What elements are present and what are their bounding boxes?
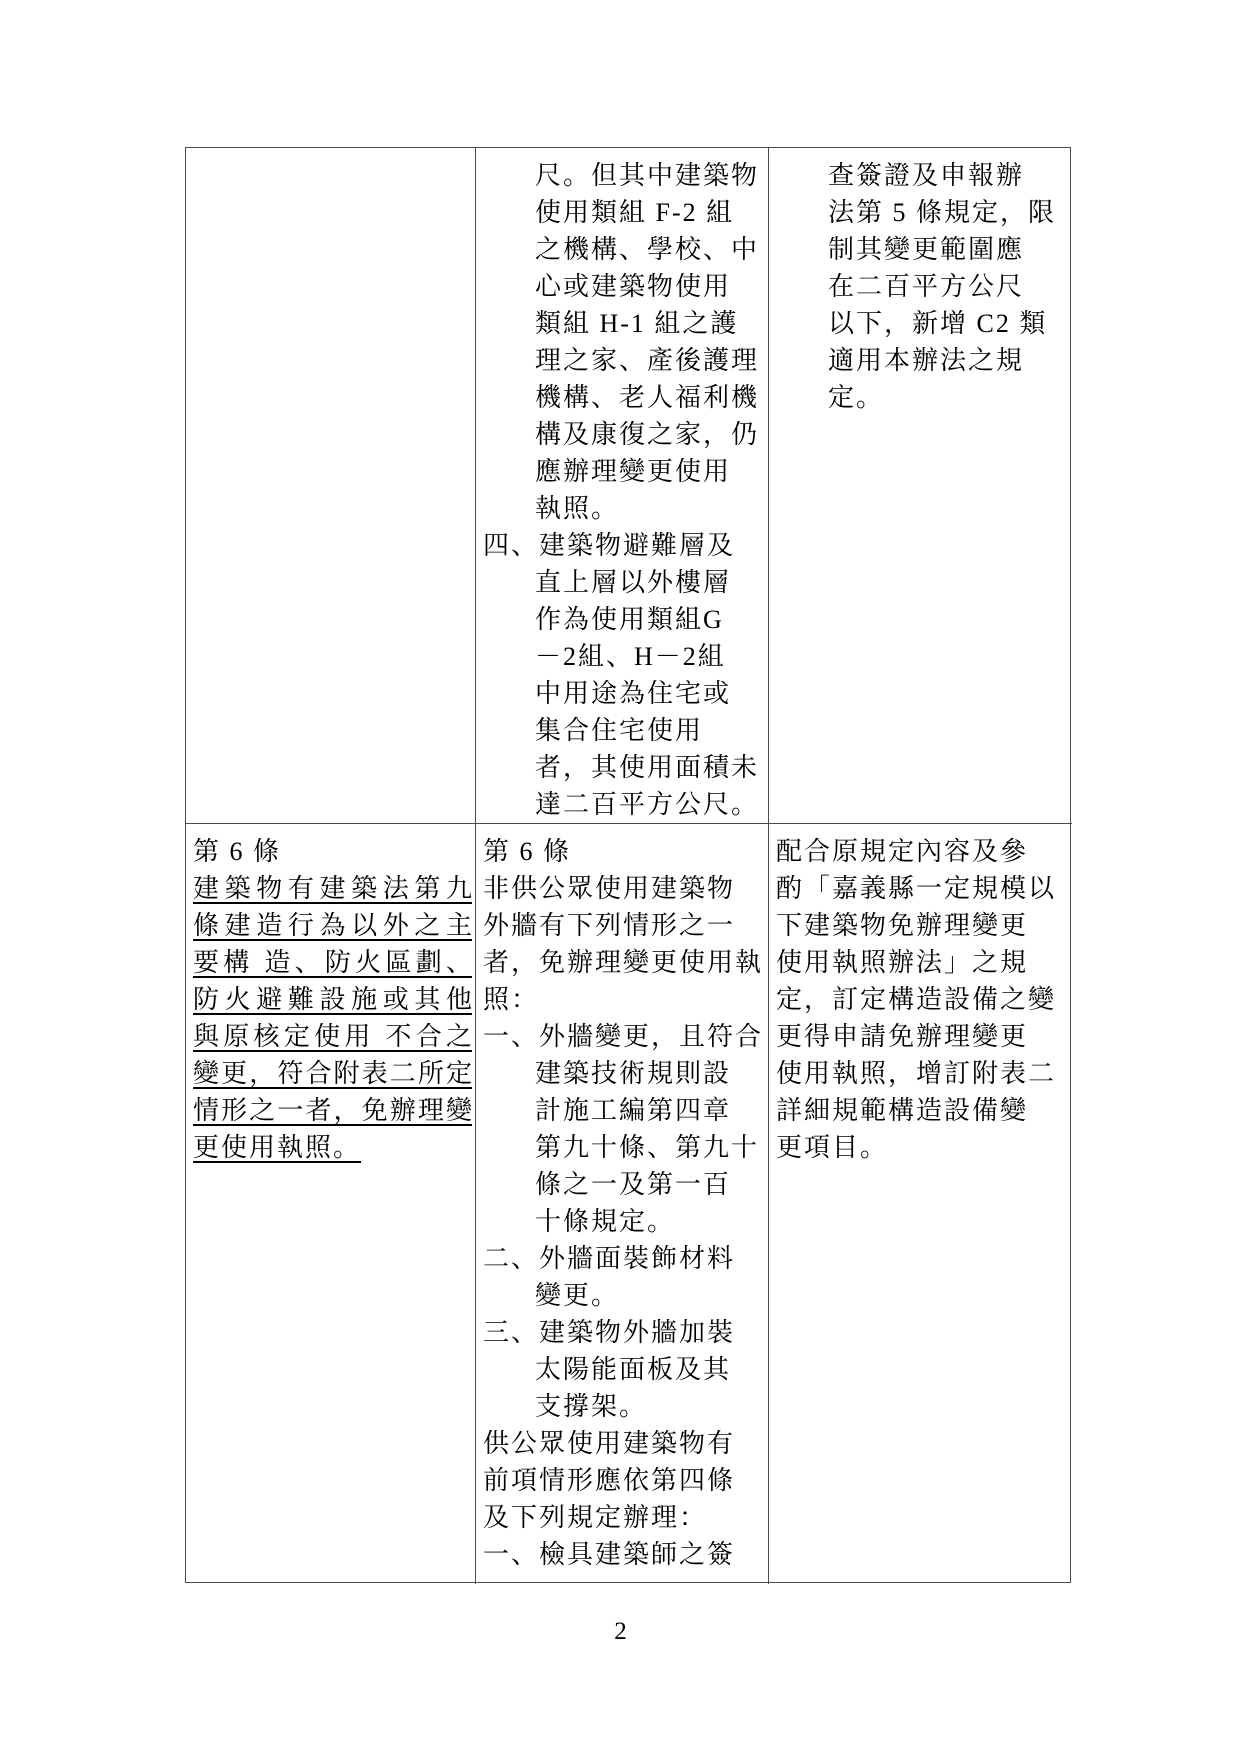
text-line: 理之家、產後護理 — [535, 342, 765, 379]
text-line: 三、建築物外牆加裝 — [483, 1314, 765, 1351]
comparison-table: 尺。但其中建築物使用類組 F-2 組之機構、學校、中心或建築物使用類組 H-1 … — [185, 147, 1071, 1583]
page-number: 2 — [0, 1618, 1241, 1646]
text-line: 制其變更範圍應 — [828, 231, 1069, 268]
text-line: 者，免辦理變更使用執 — [483, 944, 765, 981]
text-line: 情形之一者，免辦理變 — [193, 1092, 472, 1129]
text-line: 外牆有下列情形之一 — [483, 907, 765, 944]
text-line: 集合住宅使用 — [535, 712, 765, 749]
table-cell-row1-left — [186, 148, 476, 824]
text-line: 支撐架。 — [535, 1388, 765, 1425]
text-line: 查簽證及申報辦 — [828, 157, 1069, 194]
text-line: 條建造行為以外之主 — [193, 907, 472, 944]
text-line: 定。 — [828, 379, 1069, 416]
text-line: 法第 5 條規定，限 — [828, 194, 1069, 231]
table-cell-row1-right: 查簽證及申報辦法第 5 條規定，限制其變更範圍應在二百平方公尺以下，新增 C2 … — [769, 148, 1072, 824]
document-page: 尺。但其中建築物使用類組 F-2 組之機構、學校、中心或建築物使用類組 H-1 … — [0, 0, 1241, 1755]
text-line: 中用途為住宅或 — [535, 675, 765, 712]
text-line: 更使用執照。 — [193, 1129, 472, 1166]
text-line: 十條規定。 — [535, 1203, 765, 1240]
text-line: 要構 造、防火區劃、 — [193, 944, 472, 981]
text-line: 下建築物免辦理變更 — [776, 907, 1069, 944]
text-line: 之機構、學校、中 — [535, 231, 765, 268]
text-line: 類組 H-1 組之護 — [535, 305, 765, 342]
text-line: 第 6 條 — [483, 833, 765, 870]
table-cell-row2-left: 第 6 條建築物有建築法第九條建造行為以外之主要構 造、防火區劃、防火避難設施或… — [186, 824, 476, 1584]
text-line: 定，訂定構造設備之變 — [776, 981, 1069, 1018]
text-line: 執照。 — [535, 490, 765, 527]
text-line: 使用執照，增訂附表二 — [776, 1055, 1069, 1092]
text-line: 使用類組 F-2 組 — [535, 194, 765, 231]
text-line: 第九十條、第九十 — [535, 1129, 765, 1166]
text-line: 建築物有建築法第九 — [193, 870, 472, 907]
text-line: 第 6 條 — [193, 833, 472, 870]
text-line: 機構、老人福利機 — [535, 379, 765, 416]
text-line: 非供公眾使用建築物 — [483, 870, 765, 907]
text-line: 變更。 — [535, 1277, 765, 1314]
table-cell-row2-right: 配合原規定內容及參酌「嘉義縣一定規模以下建築物免辦理變更使用執照辦法」之規定，訂… — [769, 824, 1072, 1584]
text-line: 作為使用類組G — [535, 601, 765, 638]
text-line: 太陽能面板及其 — [535, 1351, 765, 1388]
text-line: 與原核定使用 不合之 — [193, 1018, 472, 1055]
text-line: 使用執照辦法」之規 — [776, 944, 1069, 981]
text-line: 以下，新增 C2 類 — [828, 305, 1069, 342]
text-line: 防火避難設施或其他 — [193, 981, 472, 1018]
text-line: 二、外牆面裝飾材料 — [483, 1240, 765, 1277]
text-line: 心或建築物使用 — [535, 268, 765, 305]
text-line: 前項情形應依第四條 — [483, 1462, 765, 1499]
table-cell-row2-middle: 第 6 條非供公眾使用建築物外牆有下列情形之一者，免辦理變更使用執照：一、外牆變… — [476, 824, 769, 1584]
text-line: 構及康復之家，仍 — [535, 416, 765, 453]
text-line: 尺。但其中建築物 — [535, 157, 765, 194]
text-line: 酌「嘉義縣一定規模以 — [776, 870, 1069, 907]
text-line: 達二百平方公尺。 — [535, 786, 765, 823]
text-line: －2組、H－2組 — [535, 638, 765, 675]
text-line: 在二百平方公尺 — [828, 268, 1069, 305]
text-line: 者，其使用面積未 — [535, 749, 765, 786]
text-line: 計施工編第四章 — [535, 1092, 765, 1129]
text-line: 一、外牆變更，且符合 — [483, 1018, 765, 1055]
text-line: 建築技術規則設 — [535, 1055, 765, 1092]
text-line: 一、檢具建築師之簽 — [483, 1536, 765, 1573]
text-line: 應辦理變更使用 — [535, 453, 765, 490]
text-line: 條之一及第一百 — [535, 1166, 765, 1203]
text-line: 配合原規定內容及參 — [776, 833, 1069, 870]
text-line: 更得申請免辦理變更 — [776, 1018, 1069, 1055]
text-line: 照： — [483, 981, 765, 1018]
text-line: 供公眾使用建築物有 — [483, 1425, 765, 1462]
table-cell-row1-middle: 尺。但其中建築物使用類組 F-2 組之機構、學校、中心或建築物使用類組 H-1 … — [476, 148, 769, 824]
text-line: 適用本辦法之規 — [828, 342, 1069, 379]
text-line: 四、建築物避難層及 — [483, 527, 765, 564]
text-line: 更項目。 — [776, 1129, 1069, 1166]
text-line: 及下列規定辦理： — [483, 1499, 765, 1536]
text-line: 詳細規範構造設備變 — [776, 1092, 1069, 1129]
text-line: 直上層以外樓層 — [535, 564, 765, 601]
text-line: 變更，符合附表二所定 — [193, 1055, 472, 1092]
